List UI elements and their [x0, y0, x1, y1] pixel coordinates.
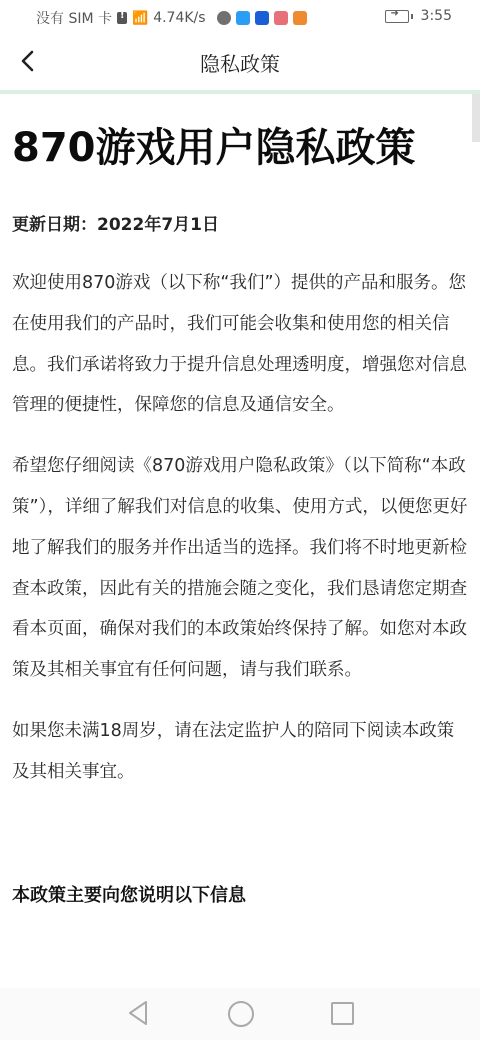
section-heading: 本政策主要向您说明以下信息	[12, 881, 468, 907]
search-app-icon	[236, 11, 250, 25]
app-header: 隐私政策	[0, 34, 480, 88]
system-navigation-bar	[0, 988, 480, 1040]
vpn-icon	[217, 11, 231, 25]
battery-charging-icon: ➜	[385, 10, 409, 23]
status-left: 没有 SIM 卡 📶 4.74K/s	[36, 8, 307, 28]
paragraph-read-policy: 希望您仔细阅读《870游戏用户隐私政策》（以下简称“本政策”），详细了解我们对信…	[12, 446, 468, 691]
status-right: ➜ 3:55	[385, 8, 452, 24]
net-speed: 4.74K/s	[153, 10, 205, 26]
system-recents-icon[interactable]	[331, 1002, 354, 1025]
document-title: 870游戏用户隐私政策	[12, 122, 468, 174]
red-app-icon	[274, 11, 288, 25]
scrollbar-thumb[interactable]	[472, 94, 480, 142]
system-home-icon[interactable]	[228, 1001, 254, 1027]
paragraph-intro: 欢迎使用870游戏（以下称“我们”）提供的产品和服务。您在使用我们的产品时，我们…	[12, 263, 468, 426]
status-bar: 没有 SIM 卡 📶 4.74K/s ➜ 3:55	[0, 0, 480, 34]
header-title: 隐私政策	[0, 48, 480, 77]
paragraph-minors: 如果您未满18周岁，请在法定监护人的陪同下阅读本政策及其相关事宜。	[12, 711, 468, 793]
system-back-icon[interactable]	[127, 1000, 149, 1026]
clock: 3:55	[421, 8, 452, 24]
policy-content: 870游戏用户隐私政策 更新日期：2022年7月1日 欢迎使用870游戏（以下称…	[12, 94, 468, 907]
play-app-icon	[293, 11, 307, 25]
update-date: 更新日期：2022年7月1日	[12, 210, 468, 235]
sim-alert-icon	[117, 12, 127, 24]
wifi-icon: 📶	[132, 11, 148, 26]
carrier-label: 没有 SIM 卡	[36, 8, 112, 28]
bulb-app-icon	[255, 11, 269, 25]
